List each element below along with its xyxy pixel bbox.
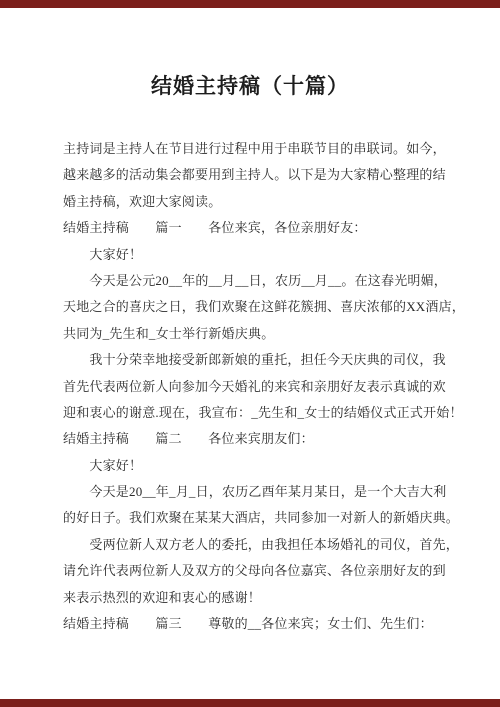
document-page: 结婚主持稿（十篇） 主持词是主持人在节目进行过程中用于串联节目的串联词。如今， …	[0, 0, 500, 707]
text-line: 主持词是主持人在节目进行过程中用于串联节目的串联词。如今，	[63, 136, 441, 162]
text-line: 天地之合的喜庆之日，我们欢聚在这鲜花簇拥、喜庆浓郁的XX酒店，	[63, 294, 441, 320]
text-line: 迎和衷心的谢意.现在，我宣布：_先生和_女士的结婚仪式正式开始！	[63, 400, 441, 426]
section-heading-line: 结婚主持稿 篇一 各位来宾，各位亲朋好友：	[63, 215, 441, 241]
text-line: 请允许代表两位新人及双方的父母向各位嘉宾、各位亲朋好友的到	[63, 558, 441, 584]
section-heading-line: 结婚主持稿 篇三 尊敬的__各位来宾；女士们、先生们：	[63, 611, 441, 637]
text-line: 大家好！	[63, 242, 441, 268]
text-line: 共同为_先生和_女士举行新婚庆典。	[63, 321, 441, 347]
text-line: 今天是公元20__年的__月__日，农历__月__。在这春光明媚，	[63, 268, 441, 294]
section-heading-line: 结婚主持稿 篇二 各位来宾朋友们：	[63, 426, 441, 452]
top-red-bar	[0, 0, 500, 8]
text-line: 今天是20__年_月_日，农历乙酉年某月某日，是一个大吉大利	[63, 479, 441, 505]
document-body: 主持词是主持人在节目进行过程中用于串联节目的串联词。如今， 越来越多的活动集会都…	[63, 136, 441, 637]
text-line: 我十分荣幸地接受新郎新娘的重托，担任今天庆典的司仪，我	[63, 347, 441, 373]
text-line: 大家好！	[63, 453, 441, 479]
text-line: 的好日子。我们欢聚在某某大酒店，共同参加一对新人的新婚庆典。	[63, 505, 441, 531]
text-line: 首先代表两位新人向参加今天婚礼的来宾和亲朋好友表示真诚的欢	[63, 374, 441, 400]
text-line: 越来越多的活动集会都要用到主持人。以下是为大家精心整理的结	[63, 162, 441, 188]
document-title: 结婚主持稿（十篇）	[0, 72, 500, 102]
text-line: 婚主持稿，欢迎大家阅读。	[63, 189, 441, 215]
bottom-red-bar	[0, 699, 500, 707]
text-line: 来表示热烈的欢迎和衷心的感谢！	[63, 585, 441, 611]
text-line: 受两位新人双方老人的委托，由我担任本场婚礼的司仪，首先，	[63, 532, 441, 558]
